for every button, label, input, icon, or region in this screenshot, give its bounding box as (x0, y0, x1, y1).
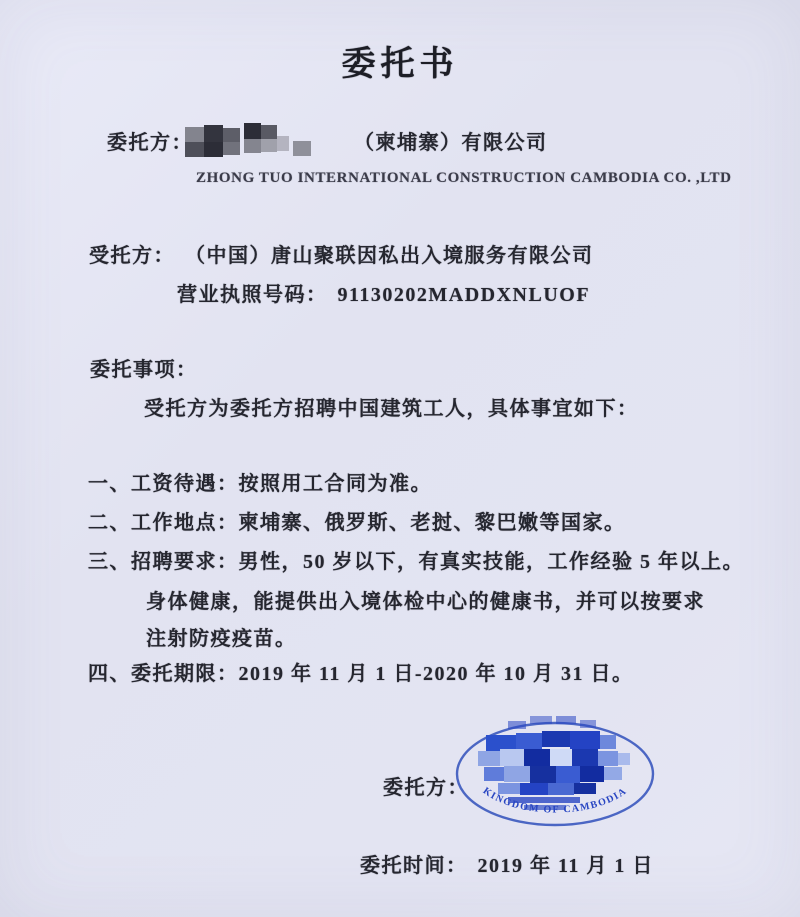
redacted-company-name-mosaic (185, 123, 313, 163)
consignor-english-name: ZHONG TUO INTERNATIONAL CONSTRUCTION CAM… (196, 170, 732, 187)
trustee-row: 受托方：（中国）唐山聚联因私出入境服务有限公司 (89, 239, 594, 268)
cambodia-seal-stamp: KINGDOM OF CAMBODIA (450, 705, 660, 845)
item-4: 四、委托期限：2019 年 11 月 1 日-2020 年 10 月 31 日。 (88, 657, 634, 686)
date-value: 2019 年 11 月 1 日 (478, 855, 654, 877)
item-3-line-3: 注射防疫疫苗。 (146, 622, 297, 651)
consignor-row: 委托方： (107, 126, 193, 155)
trustee-label: 受托方： (89, 245, 175, 267)
license-number: 91130202MADDXNLUOF (338, 284, 591, 306)
item-3-line-1: 三、招聘要求：男性，50 岁以下，有真实技能，工作经验 5 年以上。 (88, 545, 744, 574)
date-row: 委托时间：2019 年 11 月 1 日 (360, 849, 654, 878)
license-label: 营业执照号码： (177, 284, 328, 306)
matters-intro: 受托方为委托方招聘中国建筑工人，具体事宜如下： (144, 392, 639, 421)
page-title: 委托书 (0, 36, 800, 85)
consignor-label: 委托方： (107, 132, 193, 154)
item-1: 一、工资待遇：按照用工合同为准。 (88, 467, 432, 496)
consignor-name-suffix: （柬埔寨）有限公司 (354, 126, 548, 155)
stamp-center-redacted-mosaic (478, 731, 630, 795)
item-3-line-2: 身体健康，能提供出入境体检中心的健康书，并可以按要求 (146, 585, 705, 614)
matters-heading: 委托事项： (90, 353, 198, 382)
date-label: 委托时间： (360, 855, 468, 877)
stamp-top-redacted-text (508, 716, 596, 729)
document-page: 委托书 委托方： （柬埔寨）有限公司 ZHONG TUO INTERNATION… (0, 0, 800, 917)
license-row: 营业执照号码：91130202MADDXNLUOF (177, 278, 590, 307)
trustee-name: （中国）唐山聚联因私出入境服务有限公司 (185, 245, 594, 267)
item-2: 二、工作地点：柬埔寨、俄罗斯、老挝、黎巴嫩等国家。 (88, 506, 626, 535)
